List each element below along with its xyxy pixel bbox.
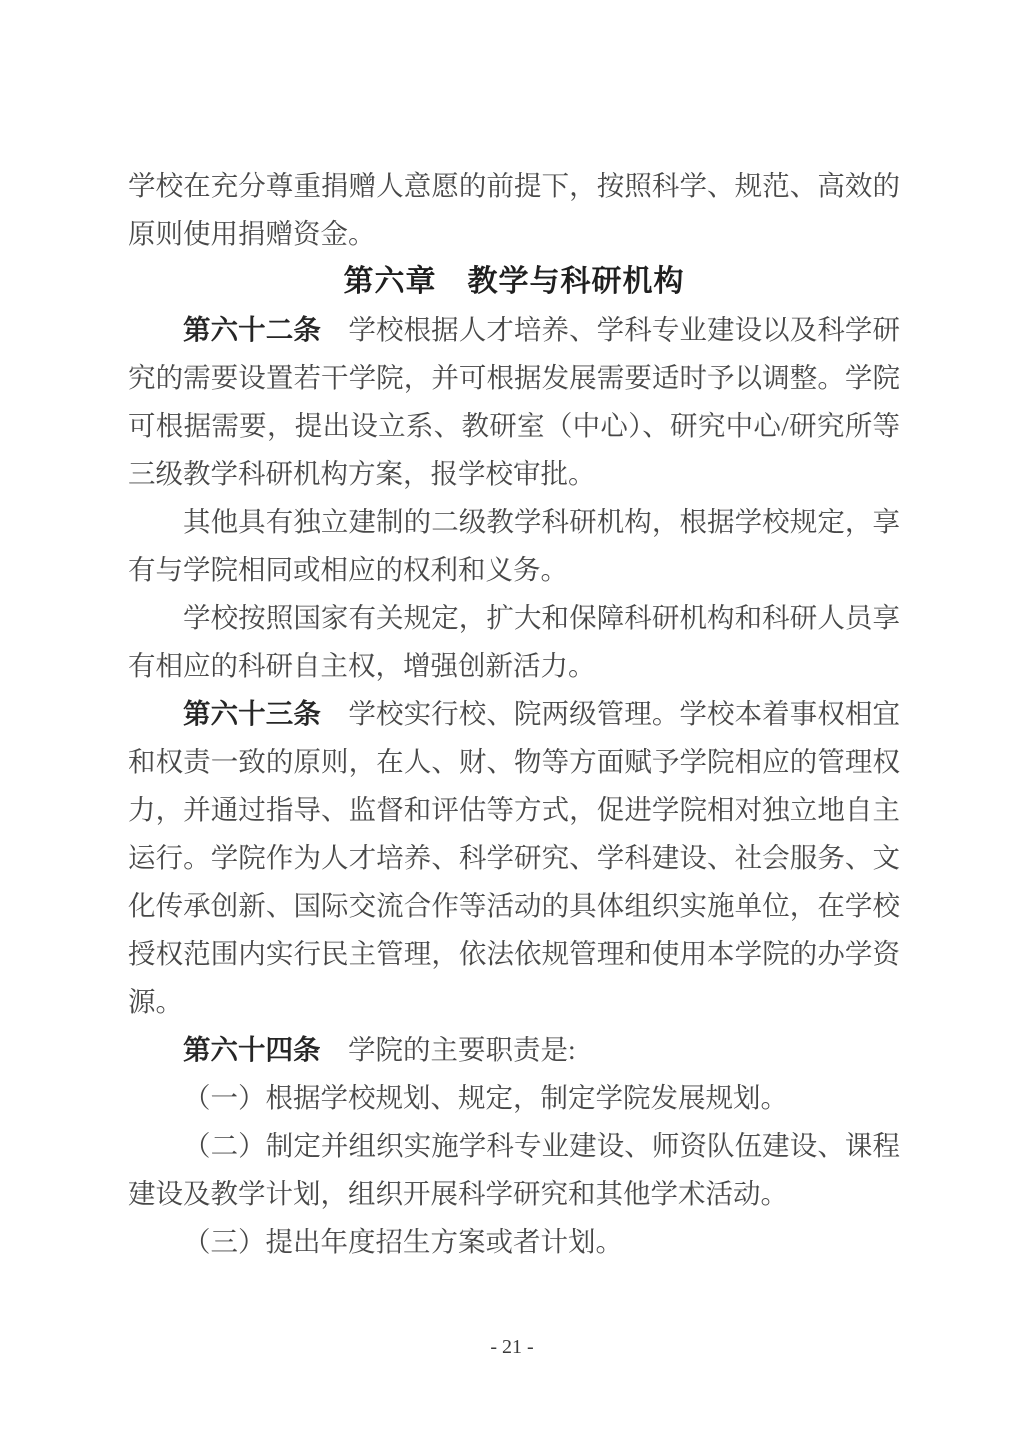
paragraph-article-64: 第六十四条学院的主要职责是: [128, 1026, 900, 1074]
article-63-number: 第六十三条 [183, 698, 321, 729]
paragraph-other-orgs: 其他具有独立建制的二级教学科研机构，根据学校规定，享有与学院相同或相应的权利和义… [128, 498, 900, 594]
paragraph-article-63: 第六十三条学校实行校、院两级管理。学校本着事权相宜和权责一致的原则，在人、财、物… [128, 690, 900, 1026]
article-63-text: 学校实行校、院两级管理。学校本着事权相宜和权责一致的原则，在人、财、物等方面赋予… [128, 698, 900, 1017]
chapter-heading: 第六章 教学与科研机构 [128, 258, 900, 306]
article-62-number: 第六十二条 [183, 314, 321, 345]
paragraph-item-3: （三）提出年度招生方案或者计划。 [128, 1218, 900, 1266]
paragraph-donation-continuation: 学校在充分尊重捐赠人意愿的前提下，按照科学、规范、高效的原则使用捐赠资金。 [128, 162, 900, 258]
paragraph-item-2: （二）制定并组织实施学科专业建设、师资队伍建设、课程建设及教学计划，组织开展科学… [128, 1122, 900, 1218]
document-body: 学校在充分尊重捐赠人意愿的前提下，按照科学、规范、高效的原则使用捐赠资金。 第六… [128, 162, 900, 1266]
article-64-text: 学院的主要职责是: [348, 1034, 576, 1065]
paragraph-article-62: 第六十二条学校根据人才培养、学科专业建设以及科学研究的需要设置若干学院，并可根据… [128, 306, 900, 498]
paragraph-research-autonomy: 学校按照国家有关规定，扩大和保障科研机构和科研人员享有相应的科研自主权，增强创新… [128, 594, 900, 690]
page-number: - 21 - [0, 1334, 1024, 1360]
paragraph-item-1: （一）根据学校规划、规定，制定学院发展规划。 [128, 1074, 900, 1122]
article-64-number: 第六十四条 [183, 1034, 321, 1065]
document-page: 学校在充分尊重捐赠人意愿的前提下，按照科学、规范、高效的原则使用捐赠资金。 第六… [0, 0, 1024, 1447]
